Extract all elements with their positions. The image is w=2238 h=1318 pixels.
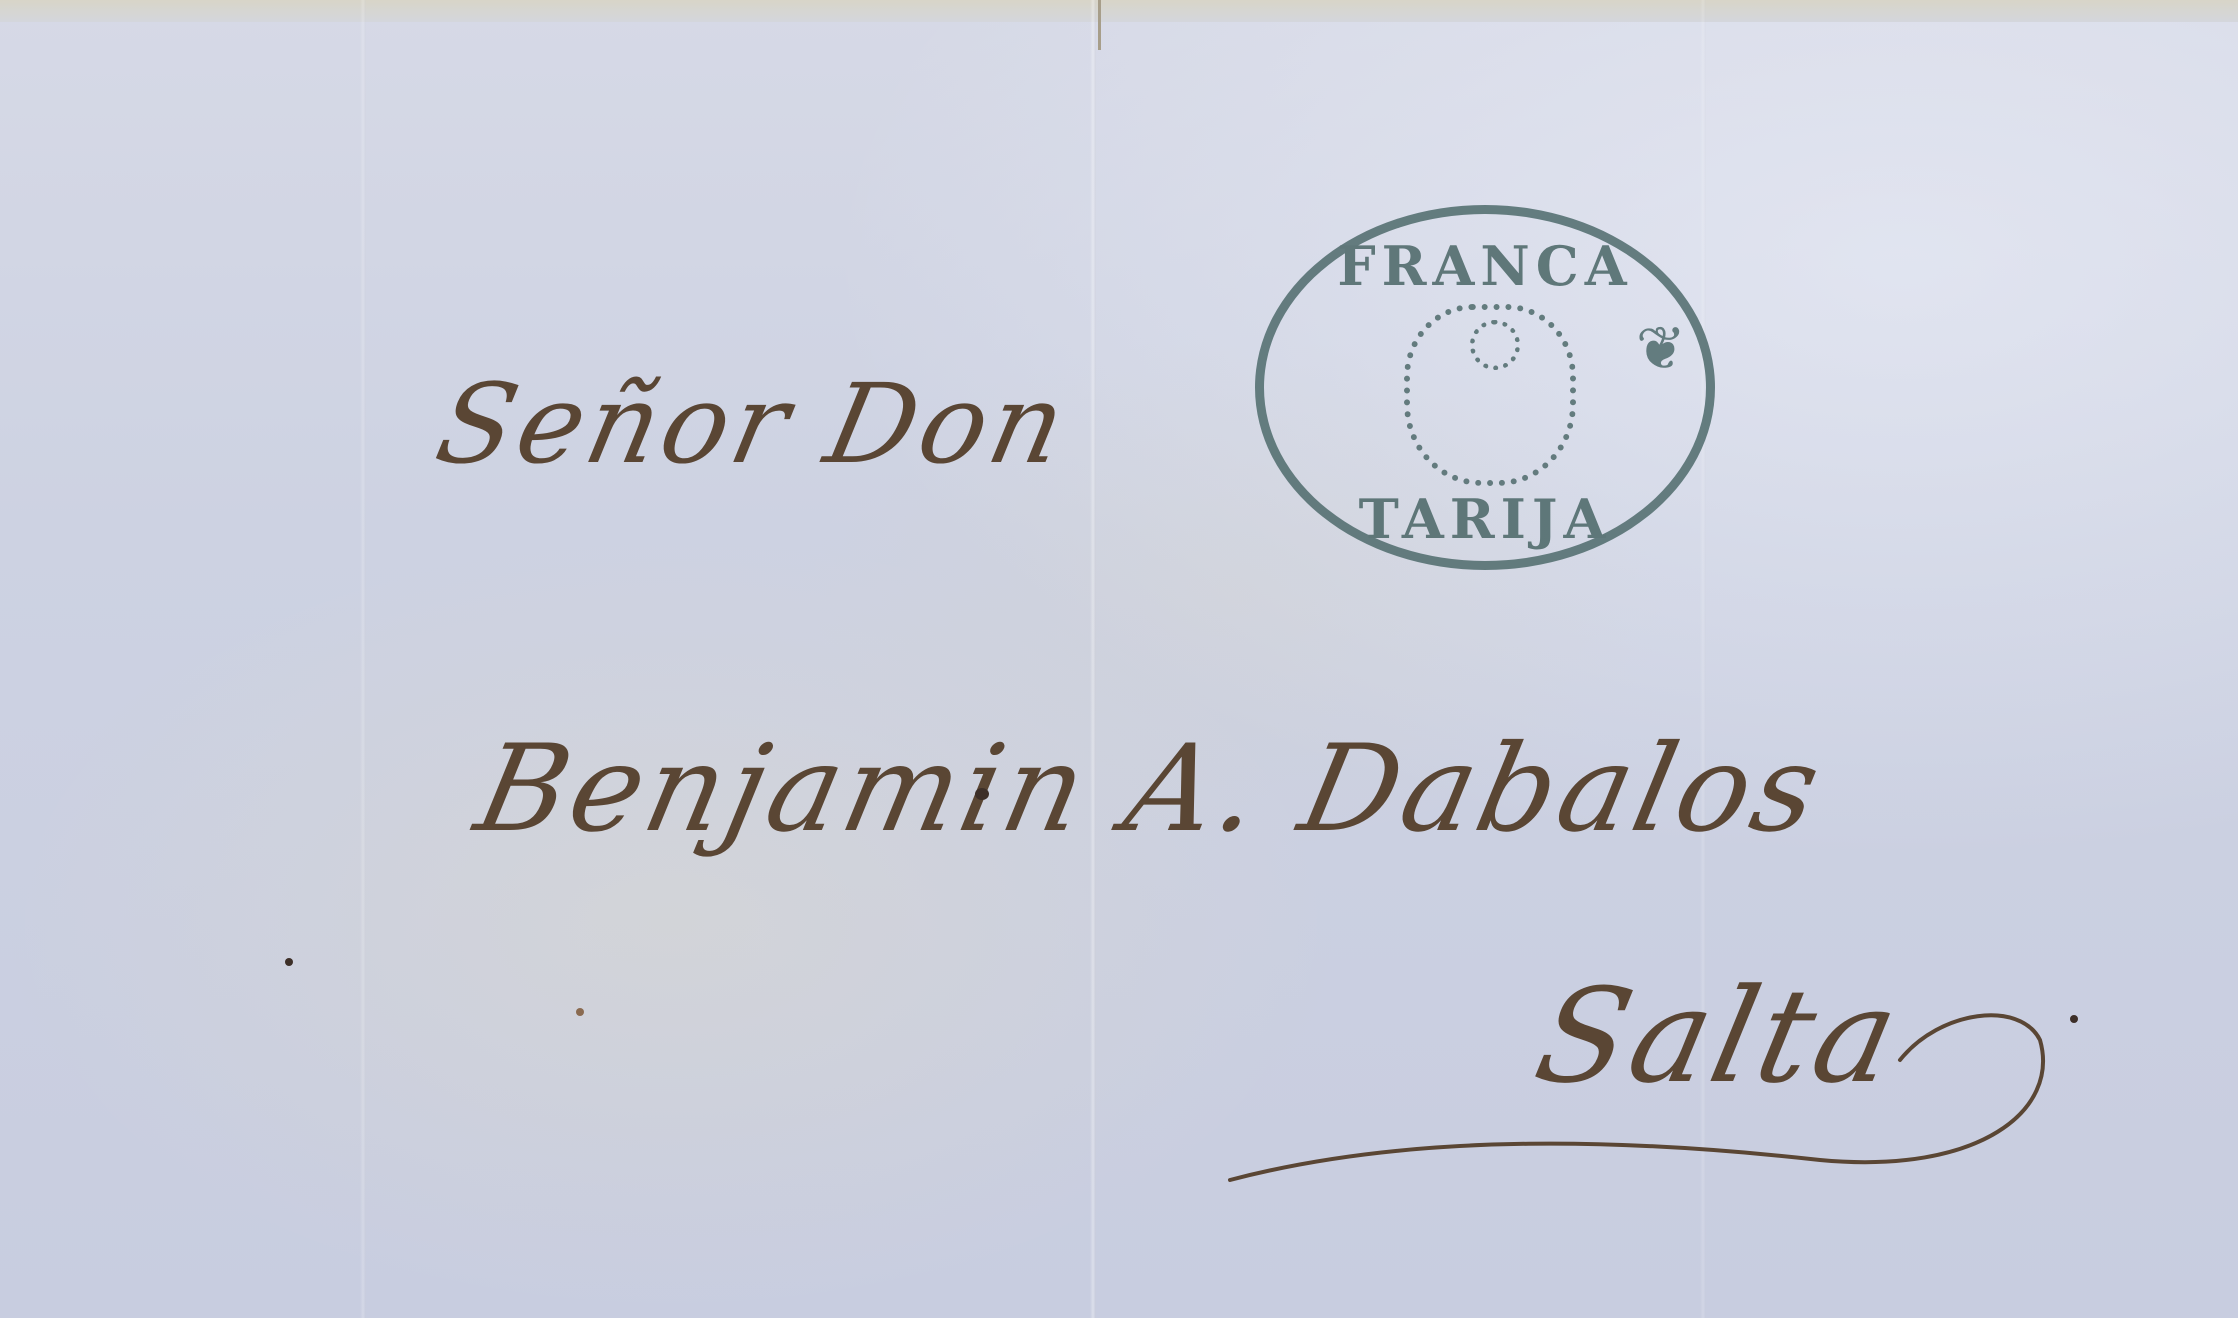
postmark-top-text: FRANCA (1264, 234, 1706, 298)
salutation: Señor Don (426, 360, 1080, 488)
postmark-bottom-text: TARIJA (1264, 487, 1706, 551)
coat-of-arms-icon (1404, 304, 1576, 486)
paper-fold (1090, 0, 1096, 1318)
ink-spot (576, 1008, 584, 1016)
laurel-icon: ❦ (1636, 314, 1686, 384)
letter-cover: FRANCA ❦ TARIJA Señor Don Benjamin A. Da… (0, 0, 2238, 1318)
ink-spot (2070, 1015, 2078, 1023)
paper-fold (360, 0, 366, 1318)
ink-blot (975, 788, 989, 800)
sun-icon (1470, 320, 1520, 370)
underline-flourish (1220, 1000, 2060, 1200)
paper-tear (1098, 0, 1101, 50)
top-edge (0, 0, 2238, 22)
ink-spot (285, 958, 293, 966)
oval-postmark: FRANCA ❦ TARIJA (1255, 205, 1715, 570)
addressee-name: Benjamin A. Dabalos (465, 720, 1835, 859)
